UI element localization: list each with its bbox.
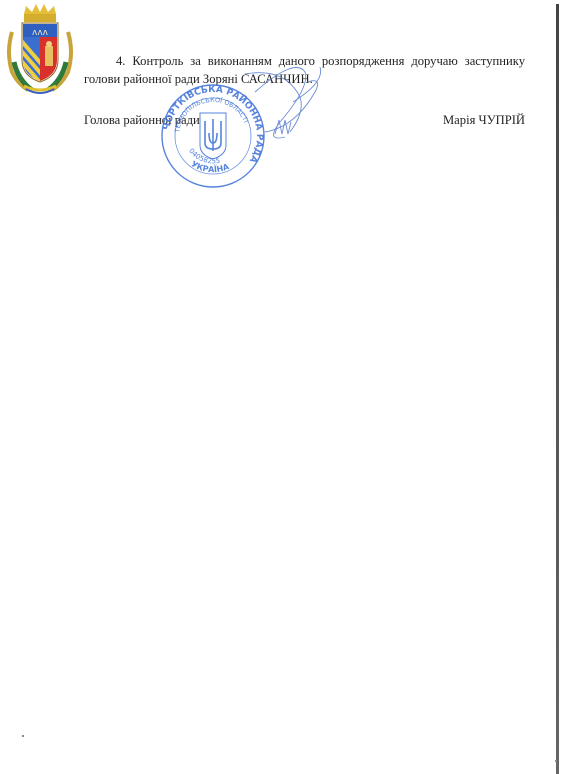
scan-speck xyxy=(555,760,557,762)
handwritten-signature xyxy=(235,62,335,157)
scan-edge-line xyxy=(556,4,559,774)
trident-icon xyxy=(205,119,221,151)
svg-text:ᴧᴧᴧ: ᴧᴧᴧ xyxy=(32,28,49,38)
scan-speck xyxy=(22,735,24,737)
stamp-code: 04058255 xyxy=(187,147,221,165)
coat-of-arms-icon: ᴧᴧᴧ xyxy=(4,2,76,98)
signatory-name: Марія ЧУПРІЙ xyxy=(443,113,525,128)
svg-text:04058255: 04058255 xyxy=(187,147,221,165)
paragraph-number: 4. xyxy=(116,54,125,68)
